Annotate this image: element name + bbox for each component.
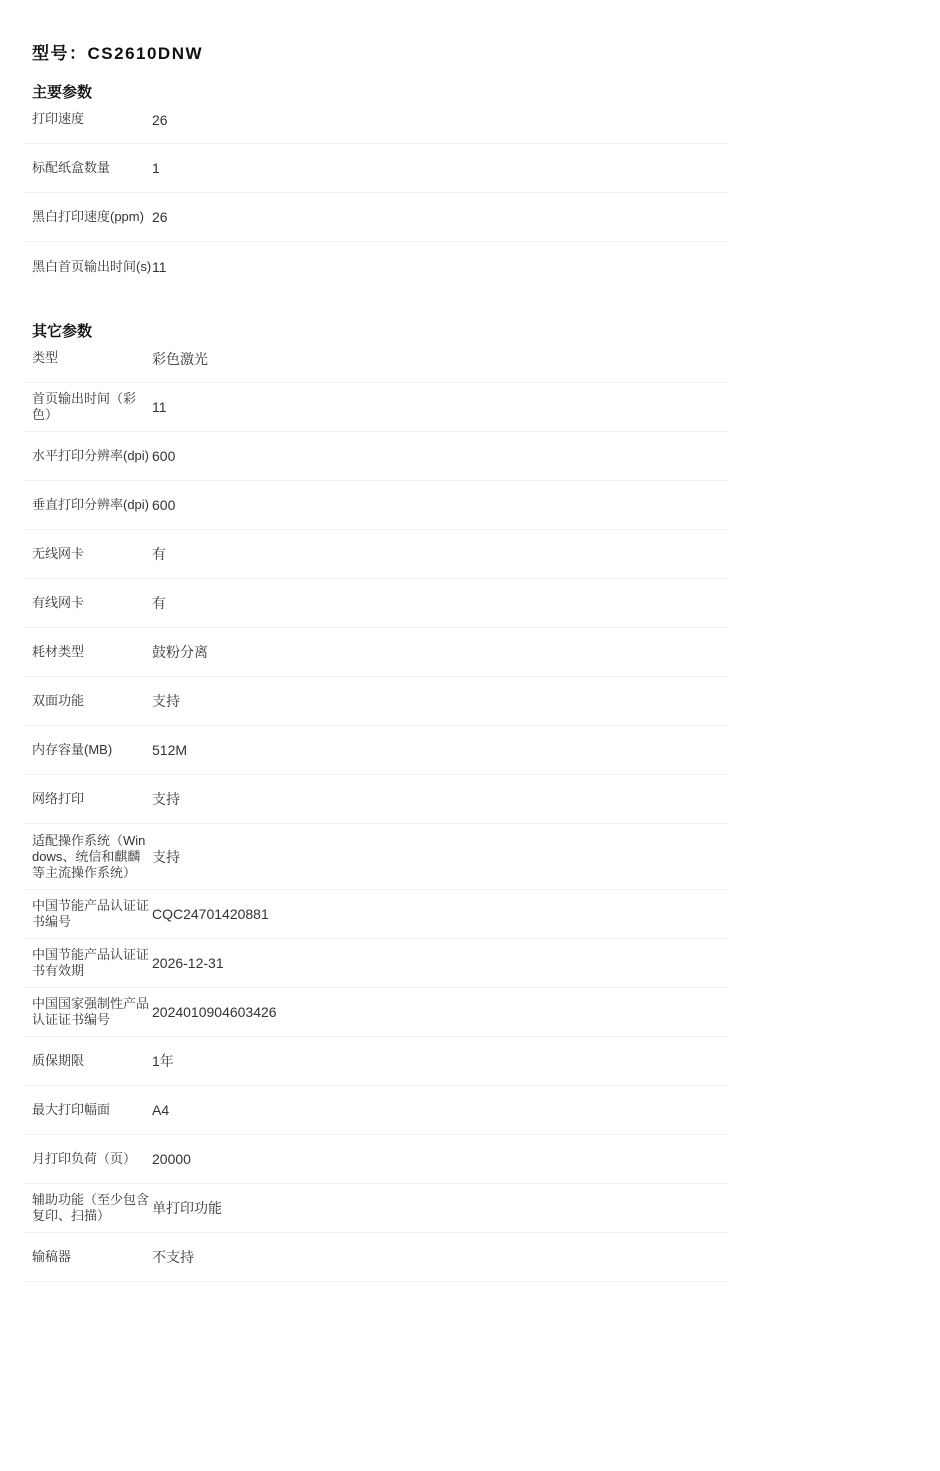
spec-row: 有线网卡 有: [25, 579, 727, 628]
spec-value: 彩色激光: [152, 350, 208, 368]
spec-label: 耗材类型: [32, 644, 152, 660]
spec-label: 适配操作系统（Windows、统信和麒麟等主流操作系统）: [32, 833, 152, 881]
spec-label: 无线网卡: [32, 546, 152, 562]
spec-value: 不支持: [152, 1248, 194, 1266]
spec-label: 类型: [32, 350, 152, 366]
spec-value: 26: [152, 208, 168, 226]
spec-value: 支持: [152, 848, 180, 866]
spec-row: 最大打印幅面 A4: [25, 1086, 727, 1135]
spec-label: 辅助功能（至少包含复印、扫描）: [32, 1192, 152, 1224]
spec-row: 打印速度 26: [25, 105, 727, 144]
spec-value: 2026-12-31: [152, 954, 224, 972]
section-title-other: 其它参数: [25, 320, 940, 344]
spec-value: 有: [152, 594, 166, 612]
spec-value: 600: [152, 496, 175, 514]
spec-value: 单打印功能: [152, 1199, 222, 1217]
spec-value: 11: [152, 398, 167, 416]
spec-row: 垂直打印分辨率(dpi) 600: [25, 481, 727, 530]
spec-row: 网络打印 支持: [25, 775, 727, 824]
spec-value: 600: [152, 447, 175, 465]
spec-row: 黑白首页输出时间(s) 11: [25, 242, 727, 291]
other-params-section: 其它参数 类型 彩色激光 首页输出时间（彩色） 11 水平打印分辨率(dpi) …: [25, 320, 940, 1282]
spec-value: 2024010904603426: [152, 1003, 277, 1021]
main-params-table: 打印速度 26 标配纸盒数量 1 黑白打印速度(ppm) 26 黑白首页输出时间…: [25, 105, 727, 291]
spec-row: 中国国家强制性产品认证证书编号 2024010904603426: [25, 988, 727, 1037]
spec-row: 无线网卡 有: [25, 530, 727, 579]
spec-label: 标配纸盒数量: [32, 160, 152, 176]
spec-label: 首页输出时间（彩色）: [32, 391, 152, 423]
spec-row: 质保期限 1年: [25, 1037, 727, 1086]
spec-value: 20000: [152, 1150, 191, 1168]
spec-row: 中国节能产品认证证书有效期 2026-12-31: [25, 939, 727, 988]
spec-row: 双面功能 支持: [25, 677, 727, 726]
spec-label: 中国节能产品认证证书有效期: [32, 947, 152, 979]
main-params-section: 主要参数 打印速度 26 标配纸盒数量 1 黑白打印速度(ppm) 26 黑白首…: [25, 81, 940, 291]
spec-label: 内存容量(MB): [32, 742, 152, 758]
spec-label: 输稿器: [32, 1249, 152, 1265]
spec-label: 中国节能产品认证证书编号: [32, 898, 152, 930]
spec-label: 质保期限: [32, 1053, 152, 1069]
spec-row: 黑白打印速度(ppm) 26: [25, 193, 727, 242]
spec-row: 输稿器 不支持: [25, 1233, 727, 1282]
spec-value: 1年: [152, 1052, 174, 1070]
spec-label: 中国国家强制性产品认证证书编号: [32, 996, 152, 1028]
spec-value: 支持: [152, 790, 180, 808]
spec-value: 1: [152, 159, 160, 177]
spec-row: 类型 彩色激光: [25, 344, 727, 383]
spec-value: 有: [152, 545, 166, 563]
spec-page: 型号：CS2610DNW 主要参数 打印速度 26 标配纸盒数量 1 黑白打印速…: [0, 0, 940, 1282]
spec-label: 垂直打印分辨率(dpi): [32, 497, 152, 513]
spec-value: 11: [152, 258, 167, 276]
spec-label: 打印速度: [32, 111, 152, 127]
spec-row: 中国节能产品认证证书编号 CQC24701420881: [25, 890, 727, 939]
spec-label: 水平打印分辨率(dpi): [32, 448, 152, 464]
spec-row: 耗材类型 鼓粉分离: [25, 628, 727, 677]
spec-label: 双面功能: [32, 693, 152, 709]
spec-value: 26: [152, 111, 168, 129]
spec-label: 网络打印: [32, 791, 152, 807]
spec-value: 鼓粉分离: [152, 643, 208, 661]
section-title-main: 主要参数: [25, 81, 940, 105]
spec-label: 有线网卡: [32, 595, 152, 611]
spec-row: 首页输出时间（彩色） 11: [25, 383, 727, 432]
model-title: 型号：CS2610DNW: [25, 40, 940, 68]
spec-value: A4: [152, 1101, 169, 1119]
spec-row: 内存容量(MB) 512M: [25, 726, 727, 775]
spec-value: CQC24701420881: [152, 905, 269, 923]
spec-row: 月打印负荷（页） 20000: [25, 1135, 727, 1184]
spec-row: 辅助功能（至少包含复印、扫描） 单打印功能: [25, 1184, 727, 1233]
spec-row: 标配纸盒数量 1: [25, 144, 727, 193]
spec-label: 最大打印幅面: [32, 1102, 152, 1118]
other-params-table: 类型 彩色激光 首页输出时间（彩色） 11 水平打印分辨率(dpi) 600 垂…: [25, 344, 727, 1282]
spec-label: 黑白打印速度(ppm): [32, 209, 152, 225]
spec-label: 黑白首页输出时间(s): [32, 259, 152, 275]
spec-row: 适配操作系统（Windows、统信和麒麟等主流操作系统） 支持: [25, 824, 727, 890]
spec-value: 512M: [152, 741, 187, 759]
spec-row: 水平打印分辨率(dpi) 600: [25, 432, 727, 481]
spec-label: 月打印负荷（页）: [32, 1151, 152, 1167]
spec-value: 支持: [152, 692, 180, 710]
